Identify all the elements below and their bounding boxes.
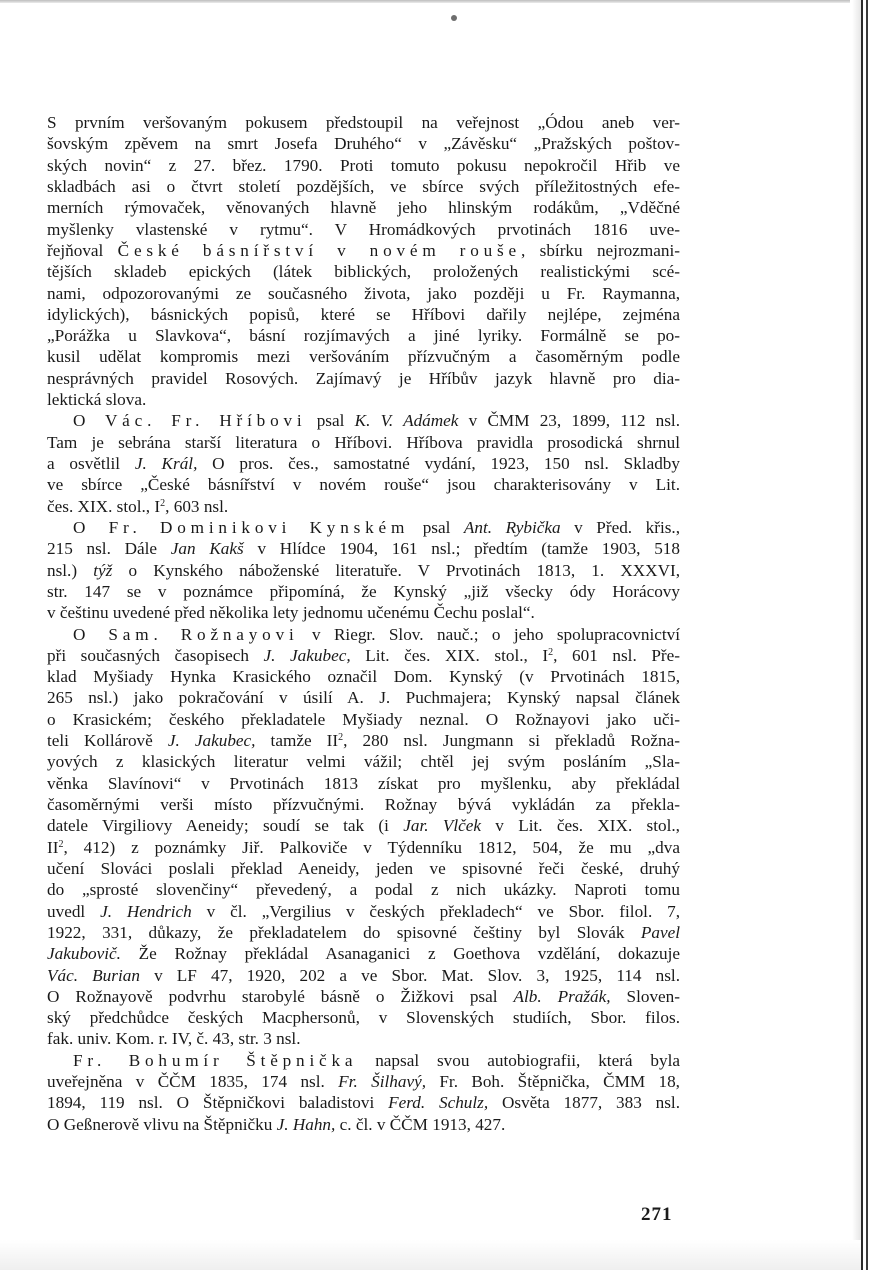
text-line: Tam je sebrána starší literatura o Hříbo…	[47, 432, 680, 453]
text-segment: Sloven-	[611, 987, 680, 1006]
text-line: yových z klasických literatur velmi váži…	[47, 751, 680, 772]
text-segment: „Porážka u Slavkova“, básní rozjímavých …	[47, 326, 680, 345]
text-segment: klad Myšiady Hynka Krasického označil Do…	[47, 667, 680, 686]
paragraph: S prvním veršovaným pokusem předstoupil …	[47, 112, 680, 410]
text-segment: věnka Slavínovi“ v Prvotinách 1813 získa…	[47, 774, 680, 793]
text-line: S prvním veršovaným pokusem předstoupil …	[47, 112, 680, 133]
text-line: do „sprosté slovenčiny“ převedený, a pod…	[47, 879, 680, 900]
text-line: teli Kollárově J. Jakubec, tamže II2, 28…	[47, 730, 680, 751]
text-segment: čes. XIX. stol., I	[47, 497, 160, 516]
text-segment: nsl.)	[47, 561, 93, 580]
text-segment: 1922, 331, důkazy, že překladatelem do s…	[47, 923, 641, 942]
text-line: str. 147 se v poznámce připomíná, že Kyn…	[47, 581, 680, 602]
italic-citation: Jan Kakš	[171, 539, 244, 558]
text-segment: , sbírku nejrozmani-	[521, 241, 680, 260]
italic-citation: Pavel	[641, 923, 680, 942]
italic-citation: K. V. Adámek	[355, 411, 459, 430]
italic-citation: Jakubovič.	[47, 944, 121, 963]
text-segment: , 412) z poznámky Jiř. Palkoviče v Týden…	[63, 838, 680, 857]
text-line: fak. univ. Kom. r. IV, č. 43, str. 3 nsl…	[47, 1028, 680, 1049]
text-segment: uveřejněna v ČČM 1835, 174 nsl.	[47, 1072, 338, 1091]
italic-citation: J. Hendrich	[100, 902, 192, 921]
text-segment: v Riegr. Slov. nauč.; o jeho spolupracov…	[299, 625, 680, 644]
text-line: O Geßnerově vlivu na Štěpničku J. Hahn, …	[47, 1114, 680, 1135]
text-segment: ských novin“ z 27. břez. 1790. Proti tom…	[47, 156, 680, 175]
text-line: 1894, 119 nsl. O Štěpničkovi baladistovi…	[47, 1092, 680, 1113]
text-line: O Sam. Rožnayovi v Riegr. Slov. nauč.; o…	[47, 624, 680, 645]
paragraph: O Fr. Dominikovi Kynském psal Ant. Rybič…	[47, 517, 680, 624]
text-line: uvedl J. Hendrich v čl. „Vergilius v čes…	[47, 901, 680, 922]
spaced-name: O Vác. Fr. Hříbovi	[73, 411, 307, 430]
italic-citation: týž	[93, 561, 112, 580]
text-line: 265 nsl.) jako pokračování v úsilí A. J.…	[47, 687, 680, 708]
text-segment: Fr. Boh. Štěpnička, ČMM 18,	[426, 1072, 680, 1091]
binding-edge-line	[866, 0, 868, 1270]
text-segment: psal	[409, 518, 464, 537]
text-line: učení Slováci poslali překlad Aeneidy, j…	[47, 858, 680, 879]
text-segment: , 601 nsl. Pře-	[553, 646, 680, 665]
italic-citation: J. Jakubec,	[264, 646, 351, 665]
text-line: o Krasickém; českého překladatele Myšiad…	[47, 709, 680, 730]
text-line: ský předchůdce českých Macphersonů, v Sl…	[47, 1007, 680, 1028]
text-segment: Osvěta 1877, 383 nsl.	[488, 1093, 680, 1112]
text-segment: merních rýmovaček, věnovaných hlavně jeh…	[47, 198, 680, 217]
spaced-name: O Fr. Dominikovi Kynském	[73, 518, 409, 537]
scan-top-edge	[0, 0, 850, 3]
text-segment: , 603 nsl.	[165, 497, 228, 516]
text-segment: S prvním veršovaným pokusem předstoupil …	[47, 113, 680, 132]
text-segment: časoměrnými verši místo přízvučnými. Rož…	[47, 795, 680, 814]
spaced-name: O Sam. Rožnayovi	[73, 625, 299, 644]
text-segment: o Kynského náboženské literatuře. V Prvo…	[112, 561, 680, 580]
text-segment: a osvětlil	[47, 454, 135, 473]
text-line: 215 nsl. Dále Jan Kakš v Hlídce 1904, 16…	[47, 538, 680, 559]
italic-citation: Alb. Pražák,	[513, 987, 610, 1006]
text-segment: fak. univ. Kom. r. IV, č. 43, str. 3 nsl…	[47, 1029, 301, 1048]
text-line: lektická slova.	[47, 389, 680, 410]
text-segment: uvedl	[47, 902, 100, 921]
text-line: O Rožnayově podvrhu starobylé básně o Ži…	[47, 986, 680, 1007]
text-line: merních rýmovaček, věnovaných hlavně jeh…	[47, 197, 680, 218]
text-segment: Tam je sebrána starší literatura o Hříbo…	[47, 433, 680, 452]
text-line: v češtinu uvedené před několika lety jed…	[47, 602, 680, 623]
text-line: šovským zpěvem na smrt Josefa Druhého“ v…	[47, 133, 680, 154]
text-segment: teli Kollárově	[47, 731, 168, 750]
text-segment: napsal svou autobiografii, která byla	[357, 1051, 680, 1070]
italic-citation: Vác. Burian	[47, 966, 140, 985]
text-segment: skladbách asi o čtvrt století pozdějších…	[47, 177, 680, 196]
text-line: uveřejněna v ČČM 1835, 174 nsl. Fr. Šilh…	[47, 1071, 680, 1092]
text-segment: v čl. „Vergilius v českých překladech“ v…	[192, 902, 680, 921]
text-line: datele Virgiliovy Aeneidy; soudí se tak …	[47, 815, 680, 836]
text-line: nsl.) týž o Kynského náboženské literatu…	[47, 560, 680, 581]
text-segment: řejňoval	[47, 241, 118, 260]
text-segment: učení Slováci poslali překlad Aeneidy, j…	[47, 859, 680, 878]
italic-citation: J. Hahn,	[277, 1115, 336, 1134]
text-segment: yových z klasických literatur velmi váži…	[47, 752, 680, 771]
text-line: nami, odpozorovanými ze současného život…	[47, 283, 680, 304]
italic-citation: Ant. Rybička	[464, 518, 561, 537]
text-line: 1922, 331, důkazy, že překladatelem do s…	[47, 922, 680, 943]
text-line: skladbách asi o čtvrt století pozdějších…	[47, 176, 680, 197]
spaced-name: Fr. Bohumír Štěpnička	[73, 1051, 357, 1070]
text-segment: o Krasickém; českého překladatele Myšiad…	[47, 710, 680, 729]
text-segment: c. čl. v ČČM 1913, 427.	[335, 1115, 505, 1134]
text-segment: ský předchůdce českých Macphersonů, v Sl…	[47, 1008, 680, 1027]
text-line: II2, 412) z poznámky Jiř. Palkoviče v Tý…	[47, 837, 680, 858]
text-segment: tamže II	[255, 731, 338, 750]
paragraph: Fr. Bohumír Štěpnička napsal svou autobi…	[47, 1050, 680, 1135]
text-line: O Vác. Fr. Hříbovi psal K. V. Adámek v Č…	[47, 410, 680, 431]
text-segment: , 280 nsl. Jungmann si překladů Rožna-	[343, 731, 680, 750]
text-line: O Fr. Dominikovi Kynském psal Ant. Rybič…	[47, 517, 680, 538]
text-segment: v ČMM 23, 1899, 112 nsl.	[458, 411, 680, 430]
text-line: Fr. Bohumír Štěpnička napsal svou autobi…	[47, 1050, 680, 1071]
italic-citation: J. Jakubec,	[168, 731, 256, 750]
text-segment: O Rožnayově podvrhu starobylé básně o Ži…	[47, 987, 513, 1006]
text-line: Jakubovič. Že Rožnay překládal Asanagani…	[47, 943, 680, 964]
text-segment: 265 nsl.) jako pokračování v úsilí A. J.…	[47, 688, 680, 707]
text-segment: str. 147 se v poznámce připomíná, že Kyn…	[47, 582, 680, 601]
scan-dot-mark	[451, 15, 457, 21]
spaced-name: České básnířství v novém rouše	[118, 241, 521, 260]
text-line: myšlenky vlastenské v rytmu“. V Hromádko…	[47, 219, 680, 240]
text-segment: O pros. čes., samostatné vydání, 1923, 1…	[197, 454, 680, 473]
text-segment: v Lit. čes. XIX. stol.,	[481, 816, 680, 835]
text-line: klad Myšiady Hynka Krasického označil Do…	[47, 666, 680, 687]
body-text: S prvním veršovaným pokusem předstoupil …	[47, 112, 680, 1135]
text-segment: tějších skladeb epických (látek biblický…	[47, 262, 680, 281]
page-edge-shadow	[852, 0, 861, 1270]
text-segment: při současných časopisech	[47, 646, 264, 665]
text-line: tějších skladeb epických (látek biblický…	[47, 261, 680, 282]
text-segment: v LF 47, 1920, 202 a ve Sbor. Mat. Slov.…	[140, 966, 680, 985]
text-segment: v Hlídce 1904, 161 nsl.; předtím (tamže …	[244, 539, 680, 558]
text-segment: v češtinu uvedené před několika lety jed…	[47, 603, 535, 622]
binding-edge-line	[861, 0, 863, 1270]
text-line: řejňoval České básnířství v novém rouše,…	[47, 240, 680, 261]
text-segment: myšlenky vlastenské v rytmu“. V Hromádko…	[47, 220, 680, 239]
text-line: „Porážka u Slavkova“, básní rozjímavých …	[47, 325, 680, 346]
text-line: kusil udělat kompromis mezi veršováním p…	[47, 346, 680, 367]
text-segment: 215 nsl. Dále	[47, 539, 171, 558]
italic-citation: J. Král,	[135, 454, 198, 473]
text-segment: do „sprosté slovenčiny“ převedený, a pod…	[47, 880, 680, 899]
scan-bottom-shadow	[0, 1240, 861, 1270]
text-line: nesprávných pravidel Rosových. Zajímavý …	[47, 368, 680, 389]
text-line: ských novin“ z 27. břez. 1790. Proti tom…	[47, 155, 680, 176]
page-number: 271	[641, 1204, 673, 1226]
text-segment: 1894, 119 nsl. O Štěpničkovi baladistovi	[47, 1093, 388, 1112]
text-line: při současných časopisech J. Jakubec, Li…	[47, 645, 680, 666]
text-segment: psal	[307, 411, 355, 430]
text-line: časoměrnými verši místo přízvučnými. Rož…	[47, 794, 680, 815]
text-line: a osvětlil J. Král, O pros. čes., samost…	[47, 453, 680, 474]
text-segment: Že Rožnay překládal Asanaganici z Goetho…	[121, 944, 680, 963]
text-segment: Lit. čes. XIX. stol., I	[351, 646, 549, 665]
text-segment: idylických), básnických popisů, které se…	[47, 305, 680, 324]
text-segment: v Před. křis.,	[561, 518, 680, 537]
text-segment: šovským zpěvem na smrt Josefa Druhého“ v…	[47, 134, 680, 153]
italic-citation: Fr. Šilhavý,	[338, 1072, 426, 1091]
text-segment: ve sbírce „České básnířství v novém rouš…	[47, 475, 680, 494]
text-line: Vác. Burian v LF 47, 1920, 202 a ve Sbor…	[47, 965, 680, 986]
text-segment: II	[47, 838, 58, 857]
paragraph: O Vác. Fr. Hříbovi psal K. V. Adámek v Č…	[47, 410, 680, 517]
text-segment: nesprávných pravidel Rosových. Zajímavý …	[47, 369, 680, 388]
text-line: idylických), básnických popisů, které se…	[47, 304, 680, 325]
italic-citation: Jar. Vlček	[403, 816, 481, 835]
paragraph: O Sam. Rožnayovi v Riegr. Slov. nauč.; o…	[47, 624, 680, 1050]
italic-citation: Ferd. Schulz,	[388, 1093, 488, 1112]
text-line: věnka Slavínovi“ v Prvotinách 1813 získa…	[47, 773, 680, 794]
text-line: čes. XIX. stol., I2, 603 nsl.	[47, 496, 680, 517]
text-segment: kusil udělat kompromis mezi veršováním p…	[47, 347, 680, 366]
text-segment: nami, odpozorovanými ze současného život…	[47, 284, 680, 303]
text-segment: lektická slova.	[47, 390, 146, 409]
text-line: ve sbírce „České básnířství v novém rouš…	[47, 474, 680, 495]
text-segment: O Geßnerově vlivu na Štěpničku	[47, 1115, 277, 1134]
text-segment: datele Virgiliovy Aeneidy; soudí se tak …	[47, 816, 403, 835]
